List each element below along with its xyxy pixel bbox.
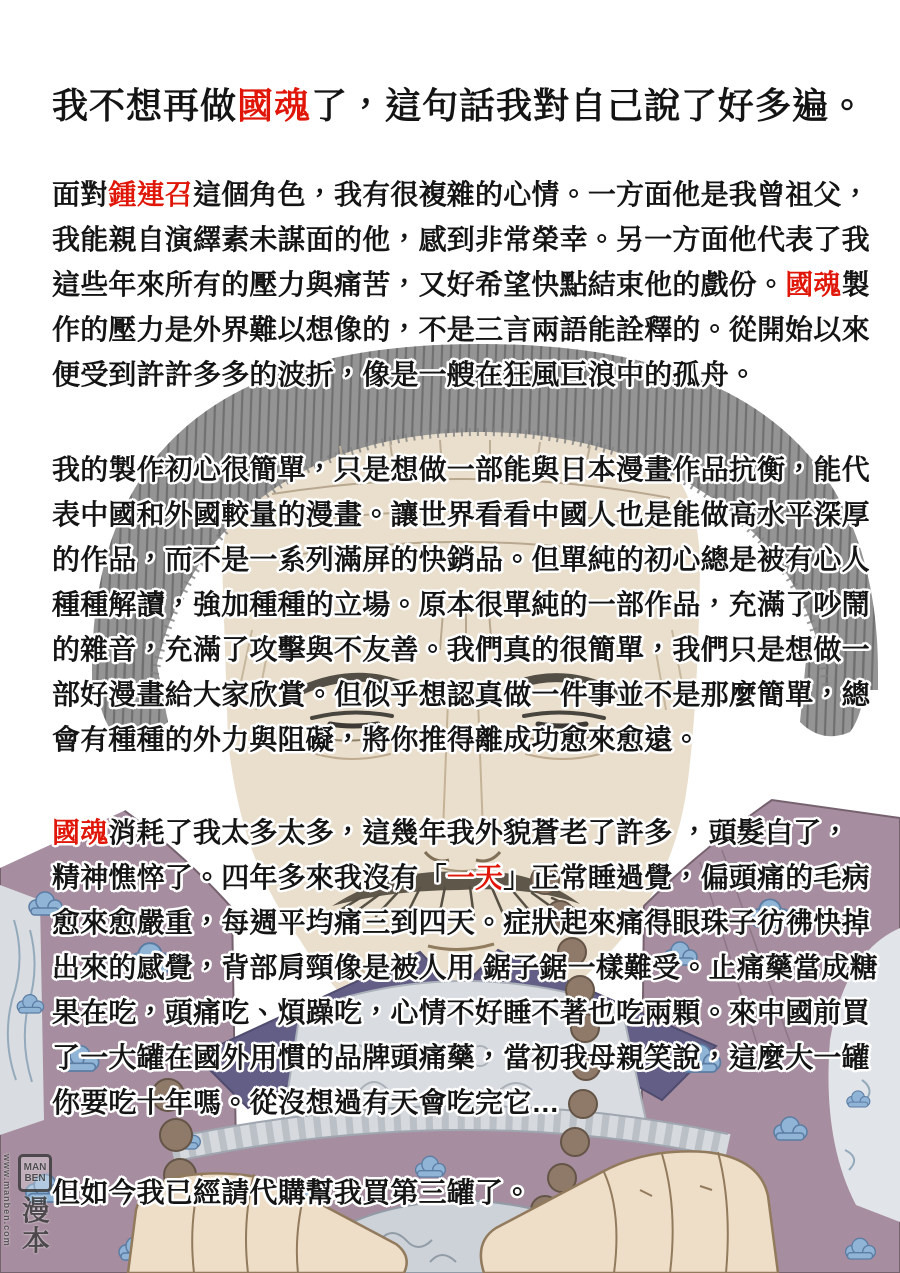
watermark-logo-top: MAN — [24, 1162, 47, 1173]
watermark-url: www.manben.com — [2, 1154, 12, 1247]
text-run: 部好漫畫給大家欣賞。但似乎想認真做一件事並不是那麼簡單，總 — [52, 679, 870, 710]
text-line: 表中國和外國較量的漫畫。讓世界看看中國人也是能做高水平深厚 — [52, 492, 870, 537]
text-line: 部好漫畫給大家欣賞。但似乎想認真做一件事並不是那麼簡單，總 — [52, 672, 870, 717]
paragraph-1: 面對鍾連召這個角色，我有很複雜的心情。一方面他是我曾祖父，我能親自演繹素未謀面的… — [52, 172, 870, 397]
highlighted-text: 國魂 — [52, 817, 108, 848]
text-line: 的作品，而不是一系列滿屏的快銷品。但單純的初心總是被有心人 — [52, 537, 870, 582]
text-line: 種種解讀，強加種種的立場。原本很單純的一部作品，充滿了吵鬧 — [52, 582, 870, 627]
text-line: 便受到許許多多的波折，像是一艘在狂風巨浪中的孤舟。 — [52, 352, 870, 397]
comic-page: 我不想再做國魂了，這句話我對自己說了好多遍。 面對鍾連召這個角色，我有很複雜的心… — [0, 0, 900, 1273]
text-run: 」正常睡過覺，偏頭痛的毛病 — [503, 862, 870, 893]
text-run: 精神憔悴了。四年多來我沒有「 — [52, 862, 447, 893]
text-line: 作的壓力是外界難以想像的，不是三言兩語能詮釋的。從開始以來 — [52, 307, 870, 352]
text-run: 愈來愈嚴重，每週平均痛三到四天。症狀起來痛得眼珠子彷彿快掉 — [52, 907, 870, 938]
page-title: 我不想再做國魂了，這句話我對自己說了好多遍。 — [52, 84, 866, 128]
text-run: 種種解讀，強加種種的立場。原本很單純的一部作品，充滿了吵鬧 — [52, 589, 870, 620]
watermark-logo: MAN BEN — [18, 1154, 52, 1192]
text-line: 這些年來所有的壓力與痛苦，又好希望快點結束他的戲份。國魂製 — [52, 262, 870, 307]
text-line: 面對鍾連召這個角色，我有很複雜的心情。一方面他是我曾祖父， — [52, 172, 870, 217]
highlighted-text: 一天 — [447, 862, 503, 893]
paragraph-2: 我的製作初心很簡單，只是想做一部能與日本漫畫作品抗衡，能代表中國和外國較量的漫畫… — [52, 447, 870, 762]
text-run: 的作品，而不是一系列滿屏的快銷品。但單純的初心總是被有心人 — [52, 544, 870, 575]
text-run: 我不想再做 — [52, 85, 237, 126]
text-line: 會有種種的外力與阻礙，將你推得離成功愈來愈遠。 — [52, 717, 870, 762]
text-run: 會有種種的外力與阻礙，將你推得離成功愈來愈遠。 — [52, 724, 701, 755]
text-line: 你要吃十年嗎。從沒想過有天會吃完它… — [52, 1080, 878, 1125]
text-run: 果在吃，頭痛吃、煩躁吃，心情不好睡不著也吃兩顆。來中國前買 — [52, 997, 870, 1028]
text-run: 表中國和外國較量的漫畫。讓世界看看中國人也是能做高水平深厚 — [52, 499, 870, 530]
paragraph-4: 但如今我已經請代購幫我買第三罐了。 — [52, 1170, 531, 1215]
text-run: 我的製作初心很簡單，只是想做一部能與日本漫畫作品抗衡，能代 — [52, 454, 870, 485]
watermark-logo-bottom: BEN — [24, 1173, 45, 1184]
highlighted-text: 國魂 — [237, 85, 311, 126]
text-run: 了，這句話我對自己說了好多遍。 — [311, 85, 866, 126]
text-run: 面對 — [52, 179, 108, 210]
paragraph-3: 國魂消耗了我太多太多，這幾年我外貌蒼老了許多 ，頭髮白了，精神憔悴了。四年多來我… — [52, 810, 878, 1125]
text-run: 這些年來所有的壓力與痛苦，又好希望快點結束他的戲份。 — [52, 269, 785, 300]
text-run: 製 — [842, 269, 870, 300]
text-line: 愈來愈嚴重，每週平均痛三到四天。症狀起來痛得眼珠子彷彿快掉 — [52, 900, 878, 945]
text-line: 的雜音，充滿了攻擊與不友善。我們真的很簡單，我們只是想做一 — [52, 627, 870, 672]
text-line: 國魂消耗了我太多太多，這幾年我外貌蒼老了許多 ，頭髮白了， — [52, 810, 878, 855]
text-line: 精神憔悴了。四年多來我沒有「一天」正常睡過覺，偏頭痛的毛病 — [52, 855, 878, 900]
text-line: 但如今我已經請代購幫我買第三罐了。 — [52, 1170, 531, 1215]
text-run: 的雜音，充滿了攻擊與不友善。我們真的很簡單，我們只是想做一 — [52, 634, 870, 665]
text-run: 了一大罐在國外用慣的品牌頭痛藥，當初我母親笑說，這麼大一罐 — [52, 1042, 870, 1073]
text-line: 了一大罐在國外用慣的品牌頭痛藥，當初我母親笑說，這麼大一罐 — [52, 1035, 878, 1080]
text-line: 我的製作初心很簡單，只是想做一部能與日本漫畫作品抗衡，能代 — [52, 447, 870, 492]
text-run: 便受到許許多多的波折，像是一艘在狂風巨浪中的孤舟。 — [52, 359, 757, 390]
highlighted-text: 鍾連召 — [108, 179, 193, 210]
highlighted-text: 國魂 — [785, 269, 841, 300]
text-line: 我能親自演繹素未謀面的他，感到非常榮幸。另一方面他代表了我 — [52, 217, 870, 262]
text-run: 消耗了我太多太多，這幾年我外貌蒼老了許多 ，頭髮白了， — [108, 817, 849, 848]
text-line: 出來的感覺，背部肩頸像是被人用 鋸子鋸一樣難受。止痛藥當成糖 — [52, 945, 878, 990]
watermark-chinese: 漫 本 — [19, 1196, 53, 1256]
text-line: 果在吃，頭痛吃、煩躁吃，心情不好睡不著也吃兩顆。來中國前買 — [52, 990, 878, 1035]
text-run: 出來的感覺，背部肩頸像是被人用 鋸子鋸一樣難受。止痛藥當成糖 — [52, 952, 878, 983]
text-run: 但如今我已經請代購幫我買第三罐了。 — [52, 1177, 531, 1208]
text-run: 這個角色，我有很複雜的心情。一方面他是我曾祖父， — [193, 179, 870, 210]
text-run: 我能親自演繹素未謀面的他，感到非常榮幸。另一方面他代表了我 — [52, 224, 870, 255]
text-run: 你要吃十年嗎。從沒想過有天會吃完它… — [52, 1087, 560, 1118]
text-run: 作的壓力是外界難以想像的，不是三言兩語能詮釋的。從開始以來 — [52, 314, 870, 345]
site-watermark: www.manben.com MAN BEN 漫 本 — [2, 1152, 60, 1272]
